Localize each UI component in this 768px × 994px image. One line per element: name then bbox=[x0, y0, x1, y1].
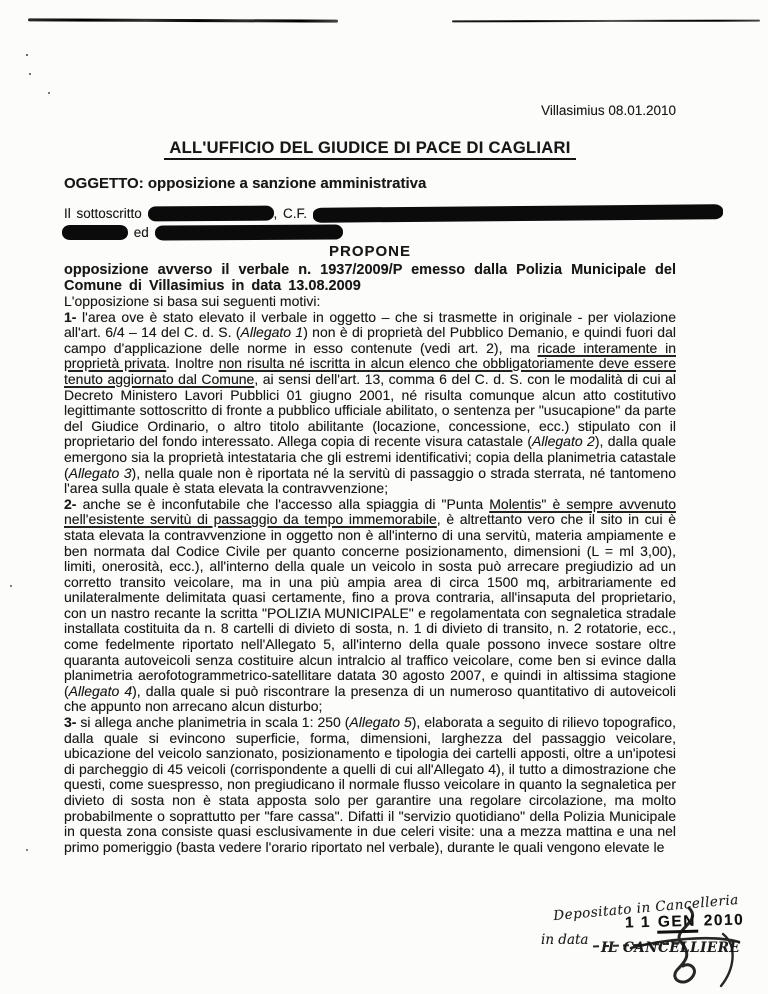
redacted-name-bar bbox=[147, 206, 273, 222]
redacted-text-bar bbox=[62, 225, 128, 240]
propone-heading: PROPONE bbox=[64, 243, 676, 260]
subject-line: OGGETTO: opposizione a sanzione amminist… bbox=[64, 175, 676, 192]
verbale-statement: opposizione avverso il verbale n. 1937/2… bbox=[64, 262, 676, 294]
motivi-intro-line: L'opposizione si basa sui seguenti motiv… bbox=[64, 294, 676, 310]
cf-label: , C.F. bbox=[274, 206, 308, 221]
intro-party-lines: Il sottoscritto , C.F. ed bbox=[64, 204, 746, 242]
date-location-line: Villasimius 08.01.2010 bbox=[64, 103, 676, 118]
document-body: Villasimius 08.01.2010 ALL'UFFICIO DEL G… bbox=[64, 0, 676, 855]
intro-prefix: Il sottoscritto bbox=[64, 206, 142, 221]
signature-scribble bbox=[627, 902, 745, 994]
motivo-paragraph-3: 3- si allega anche planimetria in scala … bbox=[64, 715, 676, 855]
redacted-address-bar bbox=[155, 225, 343, 241]
motivo-paragraph-1: 1- l'area ove è stato elevato il verbale… bbox=[64, 310, 676, 497]
motivo-paragraph-2: 2- anche se è inconfutabile che l'access… bbox=[64, 497, 676, 715]
stamp-indata-label: in data bbox=[541, 932, 588, 948]
document-heading: ALL'UFFICIO DEL GIUDICE DI PACE DI CAGLI… bbox=[64, 139, 676, 158]
heading-underlined-text: ALL'UFFICIO DEL GIUDICE DI PACE DI CAGLI… bbox=[164, 139, 575, 160]
scanned-document-page: Villasimius 08.01.2010 ALL'UFFICIO DEL G… bbox=[0, 0, 768, 994]
registry-deposit-stamp: Depositato in Cancelleria in data 1 1 GE… bbox=[535, 898, 768, 994]
scan-specks bbox=[26, 54, 28, 56]
redacted-fiscal-code-bar bbox=[313, 204, 723, 223]
ed-label: ed bbox=[134, 225, 149, 240]
